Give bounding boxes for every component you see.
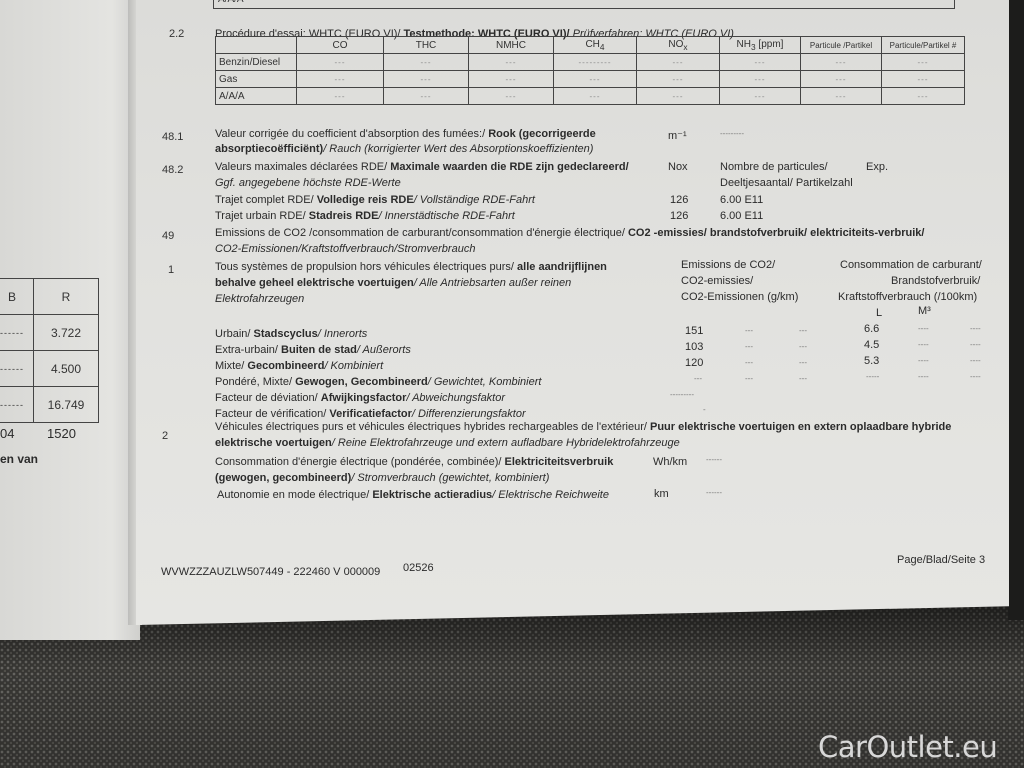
row-weighted-combined: Pondéré, Mixte/ Gewogen, Gecombineerd/ G… (215, 375, 541, 389)
unit-m3: M³ (918, 304, 931, 318)
electric-consumption-line1: Consommation d'énergie électrique (pondé… (215, 455, 613, 469)
section-2-line1: Véhicules électriques purs et véhicules … (215, 420, 951, 434)
electric-range-unit: km (654, 487, 669, 501)
table-row: ------ 3.722 (0, 315, 99, 351)
vin-line: WVWZZZAUZLW507449 - 222460 V 000009 (161, 565, 380, 579)
section-number-1: 1 (168, 264, 174, 276)
section-48-1-line2: absorptiecoëfficiënt)/ Rauch (korrigiert… (215, 142, 593, 156)
table-row: Gas ------ ------ ------ ------ (216, 71, 965, 88)
rde-col-particles-1: Nombre de particules/ (720, 160, 828, 174)
fuel-header-3: Kraftstoffverbrauch (/100km) (838, 290, 977, 304)
col-thc: THC (384, 37, 469, 54)
footer-code: 02526 (403, 561, 434, 575)
co2-header-3: CO2-Emissionen (g/km) (681, 290, 798, 304)
table-row: A/A/A ------ ------ ------ ------ (216, 88, 965, 105)
row-extra-urban: Extra-urbain/ Buiten de stad/ Außerorts (215, 343, 411, 357)
row-deviation-factor: Facteur de déviation/ Afwijkingsfactor/ … (215, 391, 505, 405)
unit-l: L (876, 306, 882, 320)
rde-col-particles-2: Deeltjesaantal/ Partikelzahl (720, 176, 853, 190)
electric-consumption-unit: Wh/km (653, 455, 687, 469)
section-1-line3: Elektrofahrzeugen (215, 292, 304, 306)
electric-range-value: ------ (706, 486, 722, 500)
section-1-line2: behalve geheel elektrische voertuigen/ A… (215, 276, 571, 290)
table-row: ------ 16.749 (0, 387, 99, 423)
section-2-line2: elektrische voertuigen/ Reine Elektrofah… (215, 436, 680, 450)
row-urban: Urbain/ Stadscyclus/ Innerorts (215, 327, 367, 341)
previous-table-bottom-row: A/A/A (213, 0, 955, 9)
left-page-table: B R ------ 3.722 ------ 4.500 ------ 16.… (0, 278, 99, 423)
col-co: CO (297, 37, 384, 54)
fuel-header-2: Brandstofverbruik/ (891, 274, 980, 288)
table-row: ------ 4.500 (0, 351, 99, 387)
page-number: Page/Blad/Seite 3 (897, 553, 985, 567)
rde-col-exp: Exp. (866, 160, 888, 174)
section-48-2-line2: Ggf. angegebene höchste RDE-Werte (215, 176, 401, 190)
section-49-line2: CO2-Emissionen/Kraftstoffverbrauch/Strom… (215, 242, 475, 256)
row-combined: Mixte/ Gecombineerd/ Kombiniert (215, 359, 383, 373)
section-number-2-2: 2.2 (169, 28, 184, 40)
carOutlet-watermark: CarOutlet.eu (818, 730, 997, 764)
section-number-48-1: 48.1 (162, 131, 183, 143)
left-value-a: 04 (0, 427, 14, 441)
header-b: B (0, 279, 34, 315)
col-nox: NOx (637, 37, 720, 54)
electric-consumption-line2: (gewogen, gecombineerd)/ Stromverbrauch … (215, 471, 549, 485)
rde-row-complete: Trajet complet RDE/ Volledige reis RDE/ … (215, 193, 535, 207)
section-1-line1: Tous systèmes de propulsion hors véhicul… (215, 260, 607, 274)
section-number-48-2: 48.2 (162, 164, 183, 176)
left-text-fragment: en van (0, 452, 38, 466)
section-48-2-line1: Valeurs maximales déclarées RDE/ Maximal… (215, 160, 629, 174)
fuel-header-1: Consommation de carburant/ (840, 258, 982, 272)
table-row: Benzin/Diesel ------ ------------ ------… (216, 54, 965, 71)
co2-header-2: CO2-emissies/ (681, 274, 753, 288)
rde-col-nox: Nox (668, 160, 688, 174)
section-49-line1: Emissions de CO2 /consommation de carbur… (215, 226, 925, 240)
left-value-b: 1520 (47, 427, 76, 441)
row-verification-factor: Facteur de vérification/ Verificatiefact… (215, 407, 526, 421)
col-particle-mass: Particule /Partikel (801, 37, 882, 54)
smoke-unit: m⁻¹ (668, 129, 687, 143)
col-nh3: NH3 [ppm] (720, 37, 801, 54)
smoke-value: --------- (720, 127, 744, 141)
co2-header-1: Emissions de CO2/ (681, 258, 775, 272)
header-r: R (34, 279, 99, 315)
emissions-table: CO THC NMHC CH4 NOx NH3 [ppm] Particule … (215, 36, 965, 105)
col-nmhc: NMHC (469, 37, 554, 54)
dark-edge (1008, 0, 1024, 620)
rde-row-urban: Trajet urbain RDE/ Stadreis RDE/ Innerst… (215, 209, 515, 223)
section-48-1-line1: Valeur corrigée du coefficient d'absorpt… (215, 127, 596, 141)
left-page: B R ------ 3.722 ------ 4.500 ------ 16.… (0, 0, 140, 640)
electric-consumption-value: ------ (706, 453, 722, 467)
section-number-2: 2 (162, 430, 168, 442)
electric-range: Autonomie en mode électrique/ Elektrisch… (217, 488, 609, 502)
col-particle-number: Particule/Partikel # (882, 37, 965, 54)
section-number-49: 49 (162, 230, 174, 242)
col-ch4: CH4 (554, 37, 637, 54)
